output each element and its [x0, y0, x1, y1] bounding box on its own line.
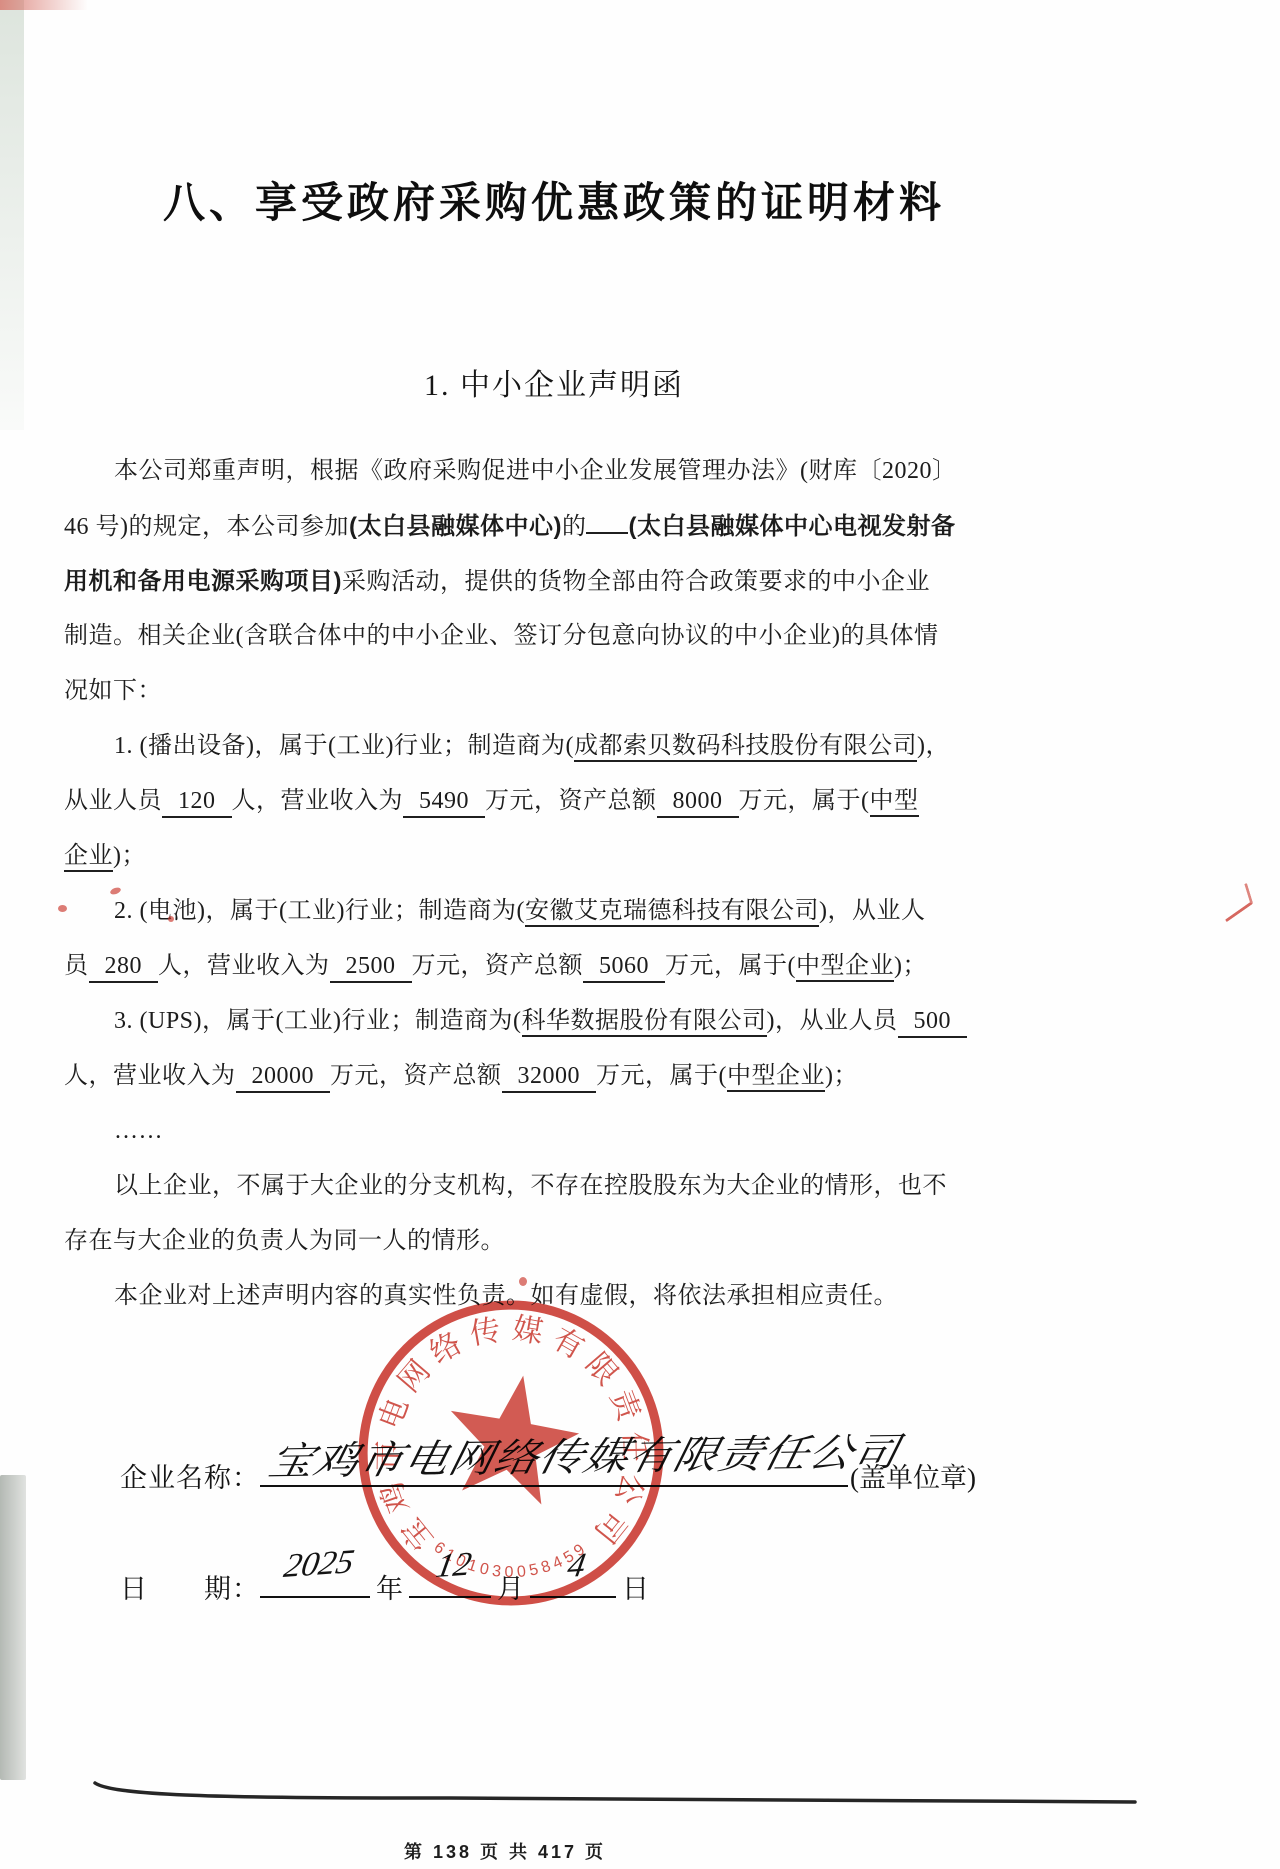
filled-blank: 中型企业: [727, 1063, 825, 1092]
text-run: 3. (UPS)，属于(工业)行业；制造商为(: [114, 1008, 522, 1034]
text-run: 万元，属于(: [739, 788, 870, 814]
scan-artifact: [168, 916, 174, 922]
text-run: 的: [562, 514, 587, 540]
svg-text:6101030058459: 6101030058459: [431, 1538, 592, 1581]
scan-artifact: [58, 905, 67, 912]
filled-blank: 8000: [657, 787, 739, 818]
filled-blank: 中型: [870, 788, 919, 817]
text-run: 用机和备用电源采购项目): [64, 568, 342, 595]
text-run: 人，营业收入为: [64, 1063, 236, 1089]
body-line: 用机和备用电源采购项目)采购活动，提供的货物全部由符合政策要求的中小企业: [64, 554, 1054, 609]
text-run: )，从业人员: [767, 1008, 898, 1034]
scan-artifact: [0, 0, 88, 10]
section-title: 八、享受政府采购优惠政策的证明材料: [64, 170, 1044, 230]
text-run: 万元，资产总额: [330, 1063, 502, 1089]
page-edge-line: [95, 1783, 1135, 1802]
text-run: ……: [114, 1118, 163, 1144]
filled-blank: 5060: [583, 952, 665, 983]
handwritten-year: 2025: [281, 1543, 357, 1586]
text-run: 本公司郑重声明，根据《政府采购促进中小企业发展管理办法》(财库〔2020〕: [114, 458, 957, 484]
body-line: ……: [64, 1104, 1054, 1159]
body-line: 从业人员120人，营业收入为5490万元，资产总额8000万元，属于(中型: [64, 774, 1054, 829]
filled-blank: 安徽艾克瑞德科技有限公司: [525, 898, 819, 927]
text-run: 1. (播出设备)，属于(工业)行业；制造商为(: [114, 733, 574, 759]
text-run: )；: [894, 953, 927, 979]
filled-blank: 2500: [330, 952, 412, 983]
filled-blank: 280: [89, 952, 159, 983]
body-line: 企业)；: [64, 829, 1054, 884]
filled-blank: [586, 532, 628, 534]
text-run: 人，营业收入为: [158, 953, 330, 979]
scan-artifact: [519, 1277, 527, 1286]
filled-blank: 20000: [236, 1062, 331, 1093]
page-number-footer: 第 138 页 共 417 页: [0, 1838, 1010, 1864]
company-name-label: 企业名称：: [120, 1456, 260, 1495]
filled-blank: 120: [162, 787, 232, 818]
date-label: 日 期：: [120, 1567, 260, 1606]
body-lines: 本公司郑重声明，根据《政府采购促进中小企业发展管理办法》(财库〔2020〕46 …: [64, 444, 1054, 1324]
body-line: 1. (播出设备)，属于(工业)行业；制造商为(成都索贝数码科技股份有限公司)，: [64, 719, 1054, 774]
text-run: 人，营业收入为: [232, 788, 404, 814]
text-run: 万元，属于(: [665, 953, 796, 979]
text-run: 以上企业，不属于大企业的分支机构，不存在控股股东为大企业的情形，也不: [114, 1173, 947, 1199]
filled-blank: 32000: [502, 1062, 597, 1093]
filled-blank: 科华数据股份有限公司: [522, 1008, 767, 1037]
body-line: 2. (电池)，属于(工业)行业；制造商为(安徽艾克瑞德科技有限公司)，从业人: [64, 884, 1054, 939]
body-line: 制造。相关企业(含联合体中的中小企业、签订分包意向协议的中小企业)的具体情: [64, 609, 1054, 664]
company-seal-stamp: 宝鸡市电网络传媒有限责任公司 6101030058459: [350, 1292, 672, 1614]
body-line: 员280人，营业收入为2500万元，资产总额5060万元，属于(中型企业)；: [64, 939, 1054, 994]
text-run: 万元，资产总额: [412, 953, 584, 979]
scanned-document-page: 八、享受政府采购优惠政策的证明材料 1. 中小企业声明函 本公司郑重声明，根据《…: [0, 0, 1280, 1869]
text-run: (太白县融媒体中心电视发射备: [628, 513, 955, 540]
text-run: 员: [64, 953, 89, 979]
filled-blank: 企业: [64, 843, 113, 872]
body-line: 况如下：: [64, 664, 1054, 719]
text-run: 况如下：: [64, 678, 162, 704]
text-run: (太白县融媒体中心): [349, 513, 562, 540]
text-run: 46 号)的规定，本公司参加: [64, 514, 349, 540]
text-run: )，从业人: [819, 898, 926, 924]
scan-edge-shadow-bottom: [0, 1475, 26, 1780]
text-run: 从业人员: [64, 788, 162, 814]
filled-blank: 成都索贝数码科技股份有限公司: [574, 733, 917, 762]
text-run: )；: [113, 843, 146, 869]
body-line: 本公司郑重声明，根据《政府采购促进中小企业发展管理办法》(财库〔2020〕: [64, 444, 1054, 499]
filled-blank: 5490: [403, 787, 485, 818]
text-run: )；: [825, 1063, 858, 1089]
body-line: 以上企业，不属于大企业的分支机构，不存在控股股东为大企业的情形，也不: [64, 1159, 1054, 1214]
scan-artifact: [1220, 882, 1253, 922]
filled-blank: 500: [898, 1007, 968, 1038]
document-title: 1. 中小企业声明函: [64, 360, 1044, 404]
text-run: 制造。相关企业(含联合体中的中小企业、签订分包意向协议的中小企业)的具体情: [64, 623, 938, 649]
seal-code-text: 6101030058459: [431, 1538, 592, 1581]
text-run: 万元，资产总额: [485, 788, 657, 814]
seal-star-icon: [438, 1364, 588, 1508]
text-run: 存在与大企业的负责人为同一人的情形。: [64, 1228, 505, 1254]
body-line: 46 号)的规定，本公司参加(太白县融媒体中心)的(太白县融媒体中心电视发射备: [64, 499, 1054, 554]
text-run: 万元，属于(: [596, 1063, 727, 1089]
text-run: 采购活动，提供的货物全部由符合政策要求的中小企业: [342, 569, 930, 595]
filled-blank: 中型企业: [796, 953, 894, 982]
body-line: 存在与大企业的负责人为同一人的情形。: [64, 1214, 1054, 1269]
text-run: 2. (电池)，属于(工业)行业；制造商为(: [114, 898, 525, 924]
scan-edge-shadow-top: [0, 0, 24, 430]
body-line: 人，营业收入为20000万元，资产总额32000万元，属于(中型企业)；: [64, 1049, 1054, 1104]
body-line: 3. (UPS)，属于(工业)行业；制造商为(科华数据股份有限公司)，从业人员5…: [64, 994, 1054, 1049]
text-run: )，: [917, 733, 950, 759]
